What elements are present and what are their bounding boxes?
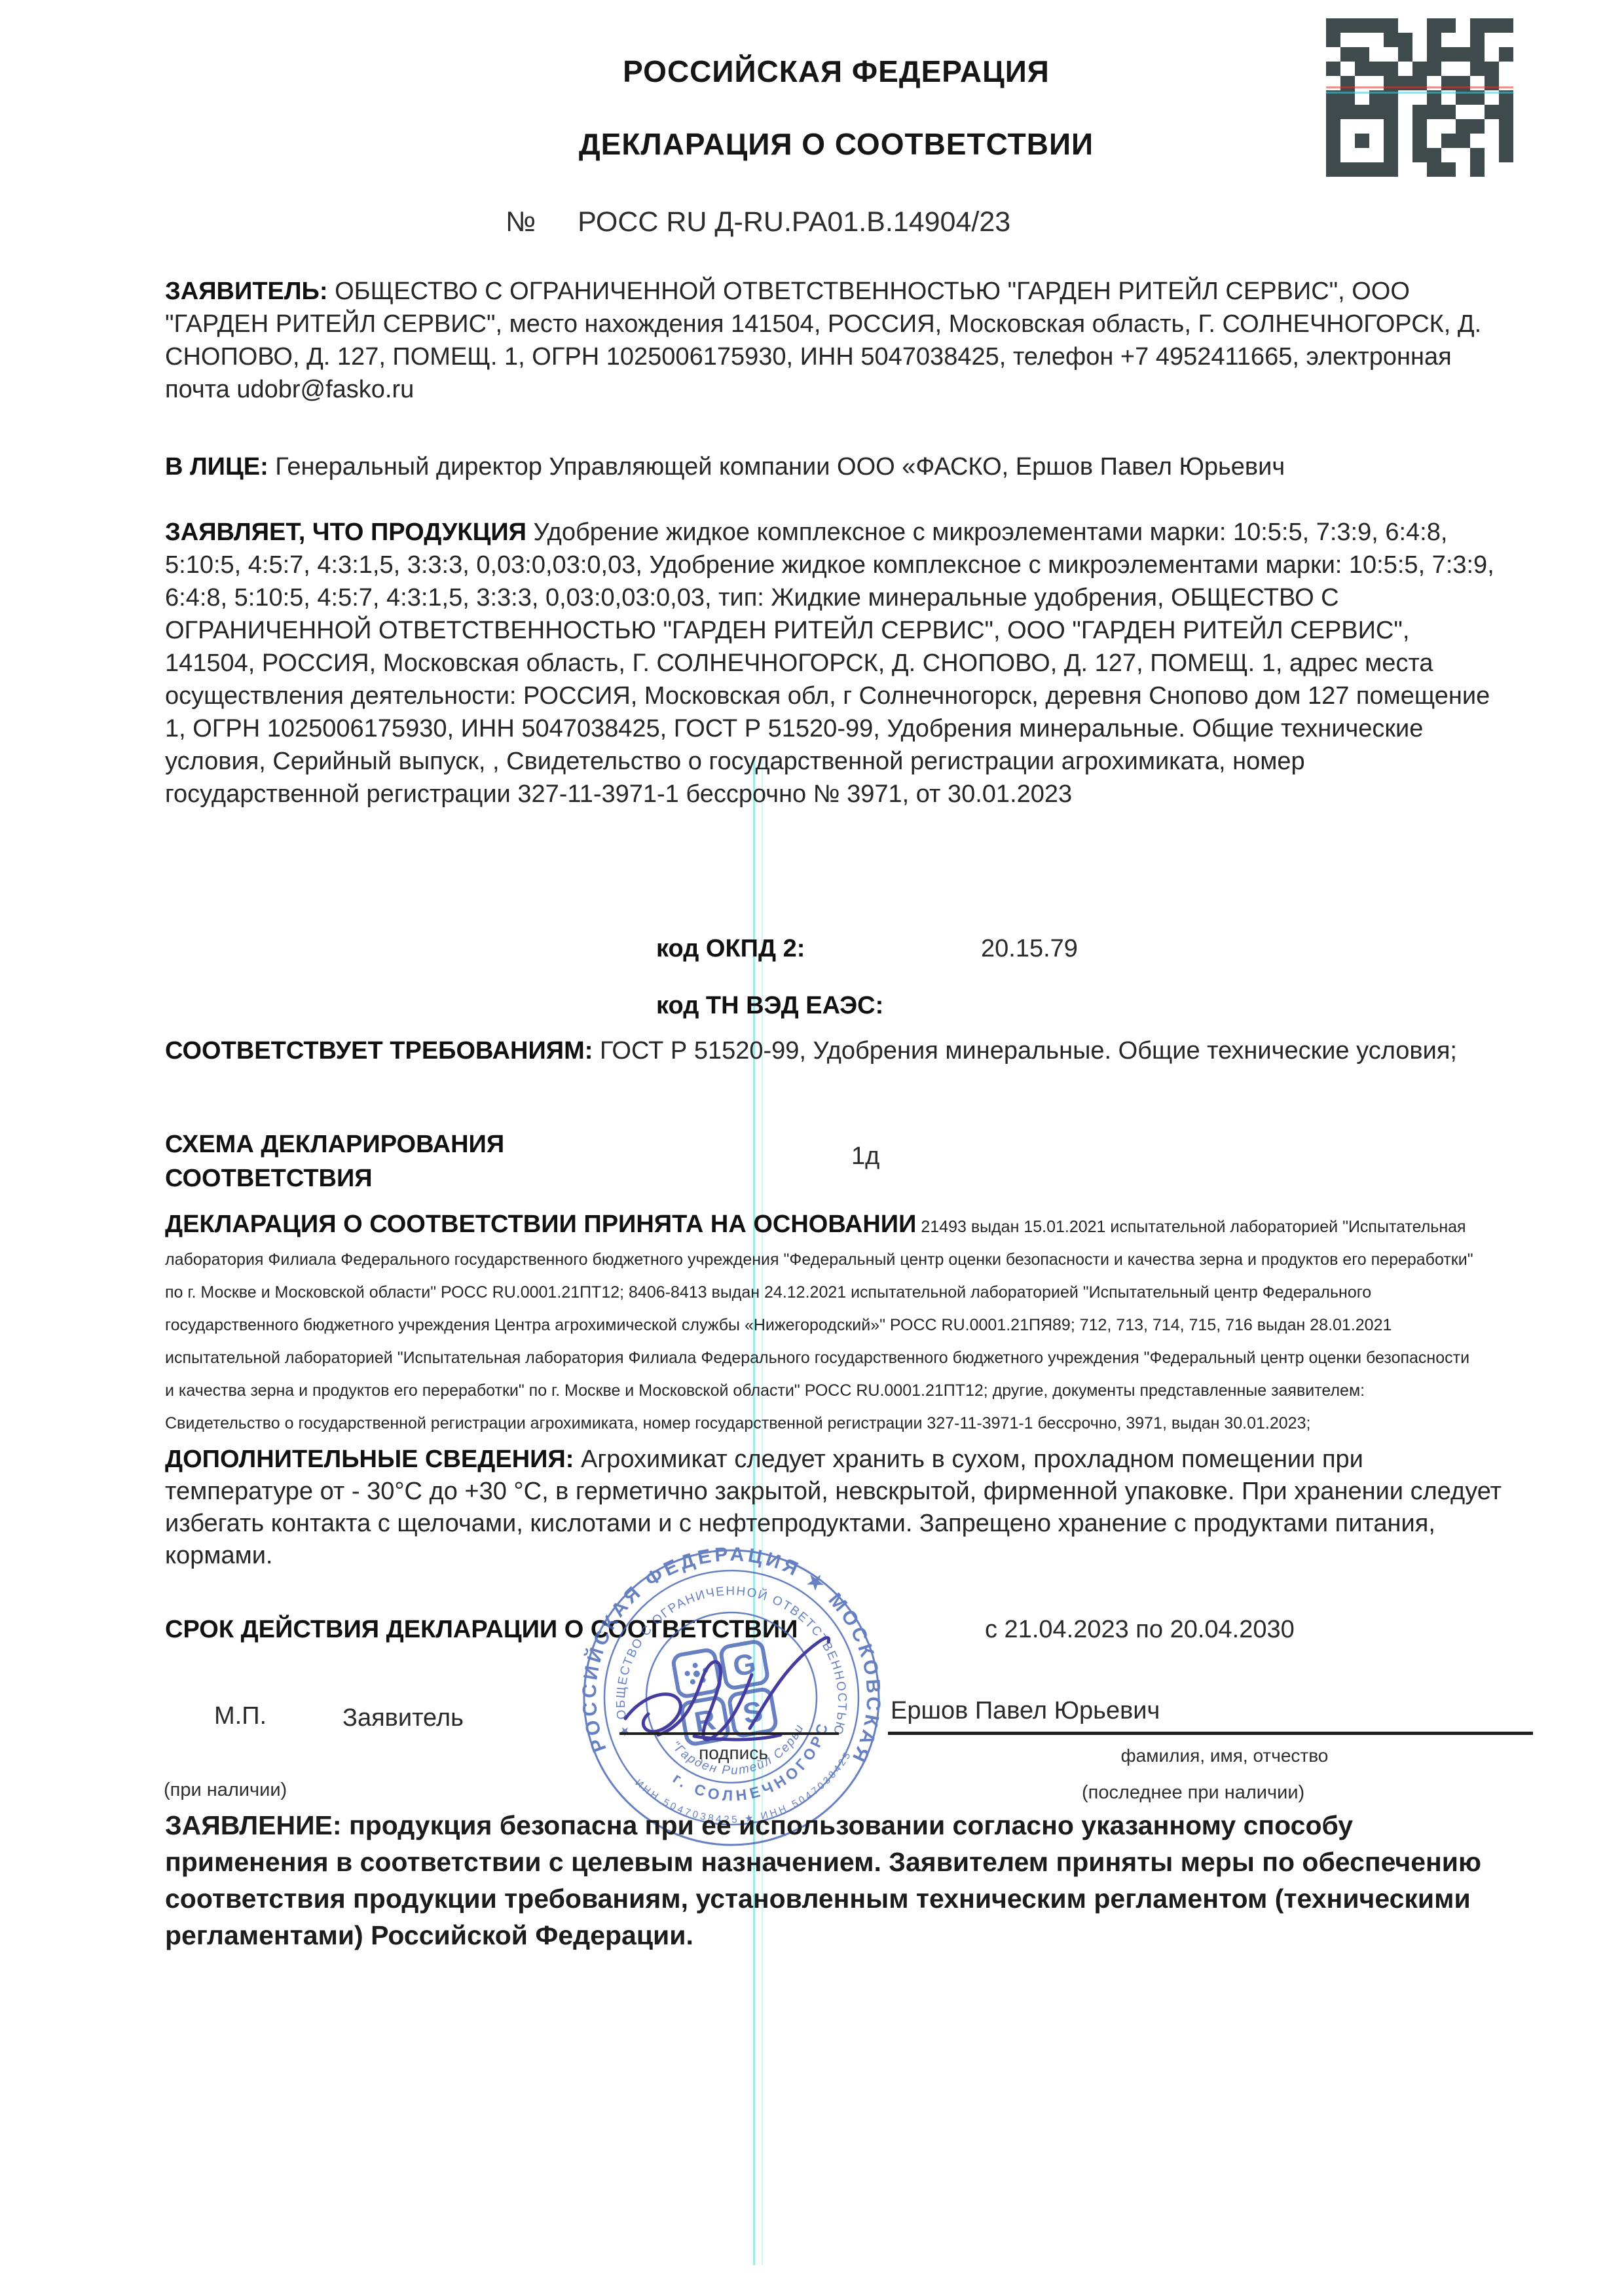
name-underline: [888, 1732, 1533, 1735]
product-label: ЗАЯВЛЯЕТ, ЧТО ПРОДУКЦИЯ: [165, 519, 526, 546]
declaration-document-page: РОССИЙСКАЯ ФЕДЕРАЦИЯ ДЕКЛАРАЦИЯ О СООТВЕ…: [0, 0, 1624, 2296]
applicant-text: ОБЩЕСТВО С ОГРАНИЧЕННОЙ ОТВЕТСТВЕННОСТЬЮ…: [165, 278, 1481, 403]
applicant-role-label: Заявитель: [342, 1704, 464, 1732]
applicant-paragraph: ЗАЯВИТЕЛЬ: ОБЩЕСТВО С ОГРАНИЧЕННОЙ ОТВЕТ…: [165, 275, 1494, 406]
conforms-label: СООТВЕТСТВУЕТ ТРЕБОВАНИЯМ:: [165, 1037, 593, 1065]
document-title: ДЕКЛАРАЦИЯ О СООТВЕТСТВИИ: [181, 126, 1491, 162]
name-caption: фамилия, имя, отчество: [1035, 1745, 1414, 1766]
scheme-label-line1: СХЕМА ДЕКЛАРИРОВАНИЯ: [165, 1131, 504, 1158]
mp-label: М.П.: [214, 1702, 267, 1730]
applicant-label: ЗАЯВИТЕЛЬ:: [165, 278, 328, 305]
validity-value: с 21.04.2023 по 20.04.2030: [985, 1616, 1295, 1644]
signature-underline: [619, 1732, 839, 1735]
mp-note: (при наличии): [164, 1779, 287, 1801]
person-label: В ЛИЦЕ:: [165, 453, 268, 481]
name-note: (последнее при наличии): [1082, 1782, 1304, 1804]
statement-paragraph: ЗАЯВЛЕНИЕ: продукция безопасна при ее ис…: [165, 1807, 1501, 1954]
country-title: РОССИЙСКАЯ ФЕДЕРАЦИЯ: [181, 54, 1491, 89]
number-sign: №: [506, 206, 536, 238]
scheme-label-line2: СООТВЕТСТВИЯ: [165, 1165, 373, 1192]
additional-label: ДОПОЛНИТЕЛЬНЫЕ СВЕДЕНИЯ:: [165, 1446, 574, 1473]
basis-text: 21493 выдан 15.01.2021 испытательной лаб…: [165, 1218, 1473, 1432]
conforms-text: ГОСТ Р 51520-99, Удобрения минеральные. …: [593, 1037, 1457, 1065]
conforms-paragraph: СООТВЕТСТВУЕТ ТРЕБОВАНИЯМ: ГОСТ Р 51520-…: [165, 1034, 1494, 1067]
okpd-value: 20.15.79: [981, 935, 1078, 963]
statement-text: продукция безопасна при ее использовании…: [165, 1810, 1481, 1950]
tnved-label: код ТН ВЭД ЕАЭС:: [656, 992, 883, 1020]
statement-label: ЗАЯВЛЕНИЕ:: [165, 1810, 342, 1840]
declaration-number: РОСС RU Д-RU.РА01.В.14904/23: [578, 206, 1010, 238]
product-text: Удобрение жидкое комплексное с микроэлем…: [165, 519, 1494, 808]
basis-label: ДЕКЛАРАЦИЯ О СООТВЕТСТВИИ ПРИНЯТА НА ОСН…: [165, 1211, 916, 1238]
product-paragraph: ЗАЯВЛЯЕТ, ЧТО ПРОДУКЦИЯ Удобрение жидкое…: [165, 516, 1494, 811]
basis-paragraph: ДЕКЛАРАЦИЯ О СООТВЕТСТВИИ ПРИНЯТА НА ОСН…: [165, 1208, 1481, 1437]
person-text: Генеральный директор Управляющей компани…: [268, 453, 1285, 481]
signature-caption: подпись: [629, 1743, 838, 1764]
scheme-value: 1д: [851, 1142, 879, 1171]
person-paragraph: В ЛИЦЕ: Генеральный директор Управляющей…: [165, 450, 1494, 483]
signatory-name: Ершов Павел Юрьевич: [891, 1697, 1160, 1725]
declaration-number-line: № РОСС RU Д-RU.РА01.В.14904/23: [506, 206, 1010, 238]
okpd-label: код ОКПД 2:: [656, 935, 805, 963]
scheme-label: СХЕМА ДЕКЛАРИРОВАНИЯ СООТВЕТСТВИЯ: [165, 1127, 504, 1195]
